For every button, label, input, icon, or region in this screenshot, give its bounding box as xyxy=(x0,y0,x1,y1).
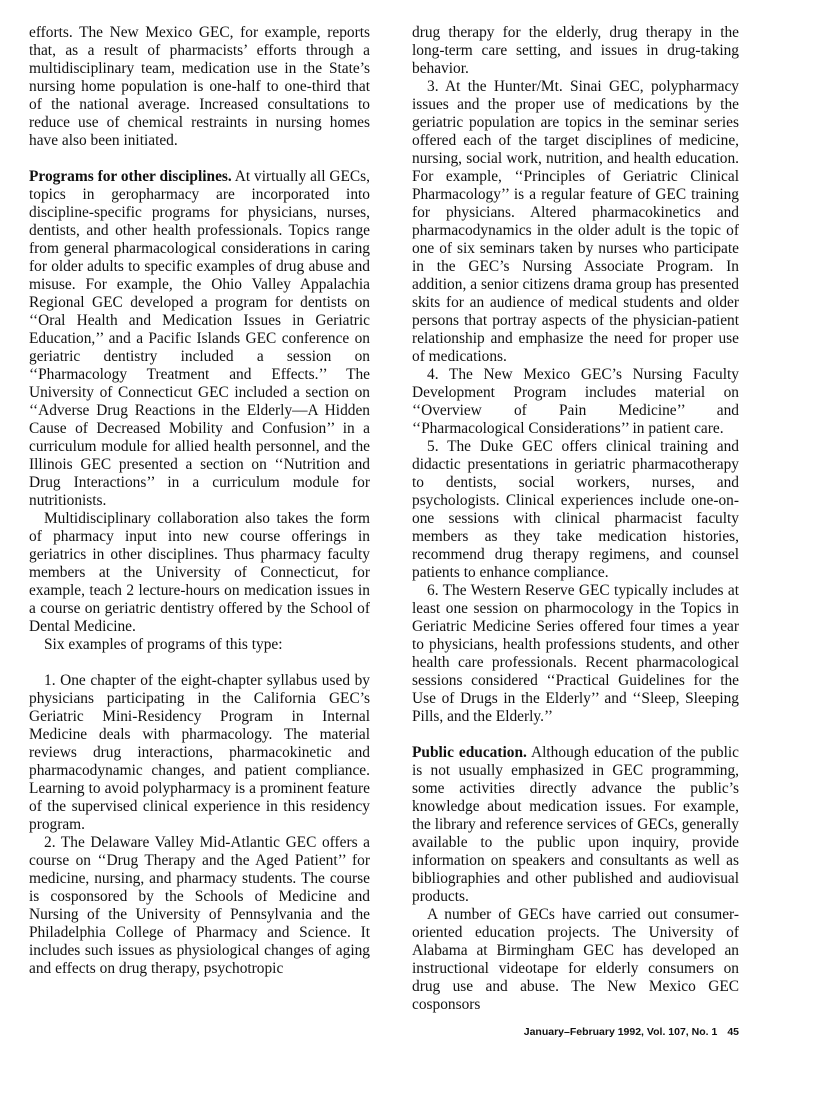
list-item-2-end: drug therapy for the elderly, drug thera… xyxy=(412,24,739,78)
section-text: At virtually all GECs, topics in geropha… xyxy=(29,168,370,509)
list-item-1: 1. One chapter of the eight-chapter syll… xyxy=(29,672,370,834)
paragraph-six-examples: Six examples of programs of this type: xyxy=(29,636,370,654)
left-column: efforts. The New Mexico GEC, for example… xyxy=(29,24,370,978)
page-number: 45 xyxy=(727,1026,739,1038)
list-item-6: 6. The Western Reserve GEC typically inc… xyxy=(412,582,739,726)
right-column: drug therapy for the elderly, drug thera… xyxy=(412,24,739,1014)
paragraph-multidisciplinary: Multidisciplinary collaboration also tak… xyxy=(29,510,370,636)
section-heading: Public education. xyxy=(412,744,527,761)
journal-citation: January–February 1992, Vol. 107, No. 1 xyxy=(524,1026,718,1038)
section-public-education: Public education. Although education of … xyxy=(412,744,739,906)
section-programs-other-disciplines: Programs for other disciplines. At virtu… xyxy=(29,168,370,510)
list-item-5: 5. The Duke GEC offers clinical training… xyxy=(412,438,739,582)
page-footer: January–February 1992, Vol. 107, No. 145 xyxy=(412,1026,739,1038)
paragraph-consumer-education: A number of GECs have carried out consum… xyxy=(412,906,739,1014)
list-item-2-start: 2. The Delaware Valley Mid-Atlantic GEC … xyxy=(29,834,370,978)
list-item-4: 4. The New Mexico GEC’s Nursing Faculty … xyxy=(412,366,739,438)
section-text: Although education of the public is not … xyxy=(412,744,739,905)
paragraph-intro: efforts. The New Mexico GEC, for example… xyxy=(29,24,370,150)
section-heading: Programs for other disciplines. xyxy=(29,168,232,185)
list-item-3: 3. At the Hunter/Mt. Sinai GEC, polyphar… xyxy=(412,78,739,366)
